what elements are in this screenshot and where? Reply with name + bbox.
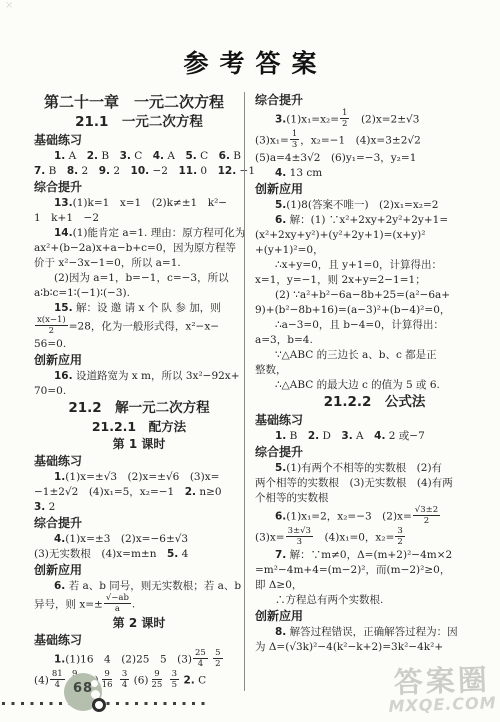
problem-number: 4. <box>153 150 164 162</box>
problem-number: 5. <box>167 548 178 560</box>
answer-line: 4. 13 cm <box>255 166 494 181</box>
problem-number: 8. <box>67 165 78 177</box>
answer-line: 1.(1)x=±√3 (2)x=±√6 (3)x= <box>34 470 244 485</box>
two-column-layout: 第二十一章 一元二次方程21.1 一元二次方程基础练习1. A 2. B 3. … <box>0 92 500 691</box>
fraction: x(x−1)2 <box>34 315 69 336</box>
problem-number: 5. <box>185 150 196 162</box>
answer-line: 7. B 8. 2 9. 2 10. −2 11. 0 12. −1 <box>34 164 244 179</box>
practice-label: 综合提升 <box>34 515 244 532</box>
fraction: 35 <box>169 669 180 690</box>
answer-line: x=1，y=−1，则 2x+y=2−1=1； <box>255 273 494 288</box>
problem-number: 3. <box>34 501 45 513</box>
answer-line: 异号，则 x=±√−aba. <box>34 594 244 615</box>
answer-line: 5.(1)有两个不相等的实数根 (2)有 <box>255 461 494 476</box>
problem-number: 6. <box>275 511 286 523</box>
fraction: 13 <box>289 129 300 150</box>
problem-number: 2. <box>87 150 98 162</box>
answer-line: 13.(1)k=1 x=1 (2)k≠±1 k²− <box>34 196 244 211</box>
answer-line: 56=0. <box>34 337 244 352</box>
answer-line: 即 Δ≥0， <box>255 578 494 593</box>
chapter-heading: 第二十一章 一元二次方程 <box>24 92 244 113</box>
problem-number: 3. <box>275 114 286 126</box>
answer-line: 3.(1)x₁=x₂=12 (2)x=2±√3 <box>255 109 494 130</box>
answer-line: ∴方程总有两个实数根. <box>255 593 494 608</box>
problem-number: 4. <box>54 533 65 545</box>
fraction: 52 <box>212 648 223 669</box>
answer-key-page: × 参考答案 第二十一章 一元二次方程21.1 一元二次方程基础练习1. A 2… <box>0 0 500 722</box>
problem-number: 2. <box>308 430 319 442</box>
practice-label: 基础练习 <box>34 632 244 649</box>
answer-line: 5.(1)8(答案不唯一) (2)x₁=x₂=2 <box>255 198 494 213</box>
problem-number: 4. <box>275 167 286 179</box>
answer-line: ∴△ABC 的最大边 c 的值为 5 或 6. <box>255 378 494 393</box>
answer-line: (3)无实数根 (4)x=m±n 5. 4 <box>34 547 244 562</box>
answer-line: a=3，b=4. <box>255 333 494 348</box>
answer-line: 两个相等的实数根 (3)无实数根 (4)有两 <box>255 476 494 491</box>
answer-line: ax²+(b−2a)x+a−b+c=0，因为原方程等 <box>34 241 244 256</box>
subsection-heading: 21.2.1 配方法 <box>34 418 244 436</box>
practice-label: 综合提升 <box>255 92 494 109</box>
problem-number: 1. <box>275 430 286 442</box>
problem-number: 1. <box>54 654 65 666</box>
problem-number: 3. <box>341 430 352 442</box>
answer-line: 价于 x²−3x−1=0，所以 a=1. <box>34 256 244 271</box>
answer-line: (5)a=4±3√2 (6)y₁=−3，y₂=1 <box>255 151 494 166</box>
page-title: 参考答案 <box>0 0 500 92</box>
problem-number: 14. <box>54 227 73 239</box>
fraction: 12 <box>339 108 350 129</box>
problem-number: 12. <box>218 165 237 177</box>
answer-line: 6. 若 a、b 同号，则无实数根；若 a、b <box>34 579 244 594</box>
fraction: 32 <box>394 526 405 547</box>
answer-line: (x²+2xy+y²)+(y²+2y+1)=(x+y)² <box>255 228 494 243</box>
answer-line: (2)因为 a=1，b=−1，c=−3，所以 <box>34 271 244 286</box>
course-heading: 第 1 课时 <box>34 436 244 453</box>
fraction: 34 <box>119 669 130 690</box>
problem-number: 16. <box>54 370 73 382</box>
scan-artifact: × <box>5 0 13 11</box>
answer-line: 整数， <box>255 363 494 378</box>
problem-number: 1. <box>54 150 65 162</box>
answer-line: 为 Δ=(√3k)²−4(k²−k+2)=3k²−4k²+ <box>255 640 494 655</box>
answer-line: 1.(1)16 4 (2)25 5 (3)254 52 <box>34 649 244 670</box>
answer-line: 15. 解：设 邀 请 x 个 队 参 加，则 <box>34 301 244 316</box>
problem-number: 2. <box>183 675 194 687</box>
problem-number: 9. <box>99 165 110 177</box>
problem-number: 15. <box>54 302 73 314</box>
answer-line: 6. 解：(1) ∵x²+2xy+2y²+2y+1= <box>255 213 494 228</box>
answer-line: 70=0. <box>34 384 244 399</box>
fraction: √3±22 <box>412 505 441 526</box>
section-heading: 21.2 解一元二次方程 <box>34 399 244 418</box>
practice-label: 创新应用 <box>255 608 494 625</box>
problem-number: 6. <box>54 580 65 592</box>
problem-number: 11. <box>178 165 197 177</box>
problem-number: 4. <box>374 430 385 442</box>
practice-label: 综合提升 <box>255 444 494 461</box>
fraction: 254 <box>192 648 209 669</box>
answer-line: 1. A 2. B 3. C 4. A 5. C 6. B <box>34 149 244 164</box>
answer-line: 9)+(b²−8b+16)=(a−3)²+(b−4)²=0， <box>255 303 494 318</box>
problem-number: 13. <box>54 197 73 209</box>
course-heading: 第 2 课时 <box>34 615 244 632</box>
problem-number: 7. <box>34 165 45 177</box>
answer-line: x(x−1)2=28，化为一般形式得，x²−x− <box>34 316 244 337</box>
badge-dot-icon <box>91 680 98 687</box>
problem-number: 3. <box>120 150 131 162</box>
watermark-site-text: MXQE.COM <box>388 694 497 716</box>
answer-line: (2) ∵a²+b²−6a−8b+25=(a²−6a+ <box>255 288 494 303</box>
problem-number: 2. <box>185 486 196 498</box>
answer-line: 7. 解：∵m≠0，Δ=(m+2)²−4m×2 <box>255 548 494 563</box>
practice-label: 基础练习 <box>34 453 244 470</box>
watermark: 答案圈 MXQE.COM <box>387 664 497 716</box>
fraction: 925 <box>149 669 166 690</box>
problem-number: 6. <box>219 150 230 162</box>
fraction: √−aba <box>103 593 132 614</box>
answer-line: 6.(1)x₁=2，x₂=−3 (2)x=√3±22 <box>255 506 494 527</box>
answer-line: ∴x+y=0，且 y+1=0，计算得出： <box>255 258 494 273</box>
problem-number: 5. <box>275 199 286 211</box>
practice-label: 创新应用 <box>34 562 244 579</box>
answer-line: a∶b∶c=1∶(−1)∶(−3). <box>34 286 244 301</box>
right-column: 综合提升3.(1)x₁=x₂=12 (2)x=2±√3(3)x₁=13，x₂=−… <box>244 92 494 691</box>
practice-label: 创新应用 <box>255 181 494 198</box>
fraction: 3±√33 <box>285 526 314 547</box>
practice-label: 基础练习 <box>34 132 244 149</box>
answer-line: 8. 解答过程错误，正确解答过程为：因 <box>255 625 494 640</box>
problem-number: 8. <box>275 626 286 638</box>
problem-number: 6. <box>275 214 286 226</box>
answer-line: 1 k+1 −2 <box>34 211 244 226</box>
answer-line: ∴a−3=0，且 b−4=0，计算得出： <box>255 318 494 333</box>
answer-line: 个相等的实数根 <box>255 491 494 506</box>
answer-line: 3. 2 <box>34 500 244 515</box>
answer-line: 16. 设道路宽为 x m，所以 3x²−92x+ <box>34 369 244 384</box>
practice-label: 综合提升 <box>34 179 244 196</box>
answer-line: +(y+1)²=0， <box>255 243 494 258</box>
answer-line: ∵△ABC 的三边长 a、b、c 都是正 <box>255 348 494 363</box>
answer-line: 4.(1)x=±3 (2)x=−6±√3 <box>34 532 244 547</box>
section-heading: 21.2.2 公式法 <box>255 393 494 412</box>
problem-number: 5. <box>275 462 286 474</box>
badge-ring-icon <box>92 698 106 712</box>
answer-line: =m²−4m+4=(m−2)²，而(m−2)²≥0， <box>255 563 494 578</box>
answer-line: 14.(1)能肯定 a=1. 理由：原方程可化为 <box>34 226 244 241</box>
section-heading: 21.1 一元二次方程 <box>34 113 244 132</box>
problem-number: 7. <box>275 549 286 561</box>
practice-label: 基础练习 <box>255 412 494 429</box>
left-column: 第二十一章 一元二次方程21.1 一元二次方程基础练习1. A 2. B 3. … <box>18 92 244 691</box>
practice-label: 创新应用 <box>34 352 244 369</box>
problem-number: 1. <box>54 471 65 483</box>
problem-number: 10. <box>131 165 150 177</box>
fraction: 814 <box>49 669 66 690</box>
answer-line: 1. B 2. D 3. A 4. 2 或−7 <box>255 429 494 444</box>
answer-line: (3)x₁=13，x₂=−1 (4)x=3±2√2 <box>255 130 494 151</box>
answer-line: −1±2√2 (4)x₁=5，x₂=−1 2. n≥0 <box>34 485 244 500</box>
answer-line: (3)x=3±√33 (4)x₁=0，x₂=32 <box>255 527 494 548</box>
